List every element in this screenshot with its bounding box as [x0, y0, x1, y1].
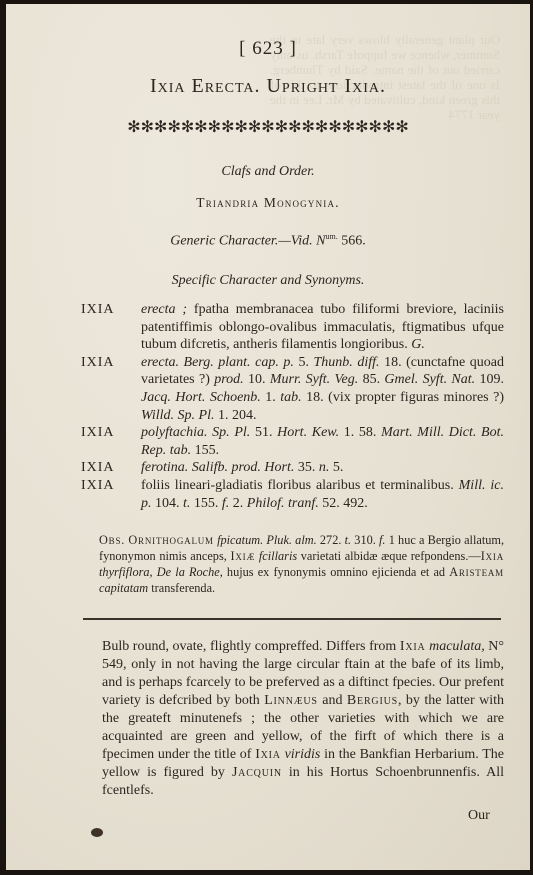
obs-italic: thyrfiflora,	[99, 565, 153, 579]
specific-character-heading: Specific Character and Synonyms.	[6, 273, 530, 289]
obs-text: transferenda.	[148, 581, 215, 595]
synonym-italic: Hort. Kew.	[277, 425, 339, 440]
description-paragraph: Bulb round, ovate, flightly compreffed. …	[102, 638, 504, 800]
synonym-genus: IXIA	[81, 459, 141, 477]
synonym-text: 155.	[191, 443, 219, 458]
desc-name: Bergius	[347, 693, 398, 708]
synonym-text: 35.	[294, 460, 319, 475]
synonym-text: 52. 492.	[319, 496, 368, 511]
synonym-text: 1.	[261, 390, 281, 405]
observation-note: Obs. Ornithogalum fpicatum. Pluk. alm. 2…	[99, 532, 504, 596]
ink-spot	[91, 828, 103, 837]
desc-italic: maculata,	[429, 639, 485, 654]
obs-italic: Pluk. alm.	[266, 533, 316, 547]
synonym-genus: IXIA	[81, 477, 141, 512]
desc-name: Linnæus	[264, 693, 318, 708]
synonym-entry: IXIA erecta ; fpatha membranacea tubo fi…	[81, 301, 504, 354]
obs-genus: Ornithogalum	[128, 533, 213, 547]
synonym-italic: erecta. Berg. plant. cap. p.	[141, 355, 294, 370]
synonym-entry: IXIA polyftachia. Sp. Pl. 51. Hort. Kew.…	[81, 424, 504, 459]
synonym-text: 2.	[229, 496, 247, 511]
page-number: [ 623 ]	[6, 38, 530, 60]
page-title: Ixia Erecta. Upright Ixia.	[6, 75, 530, 98]
synonym-text: fpatha membranacea tubo filiformi brevio…	[141, 302, 504, 352]
synonym-entry: IXIA foliis lineari-gladiatis floribus a…	[81, 477, 504, 512]
synonym-text: foliis lineari-gladiatis floribus alarib…	[141, 478, 459, 493]
synonym-text: 155.	[190, 496, 222, 511]
desc-name: Jacquin	[232, 765, 282, 780]
obs-italic: fcillaris	[259, 549, 297, 563]
synonym-italic: polyftachia. Sp. Pl.	[141, 425, 250, 440]
obs-genus: Aristeam	[449, 565, 504, 579]
star-ornament-divider: ✻✻✻✻✻✻✻✻✻✻✻✻✻✻✻✻✻✻✻✻✻	[6, 117, 530, 137]
synonym-entry: IXIA ferotina. Salifb. prod. Hort. 35. n…	[81, 459, 504, 477]
desc-italic: viridis	[285, 747, 321, 762]
synonym-genus: IXIA	[81, 301, 141, 354]
catchword: Our	[468, 808, 490, 824]
synonym-genus: IXIA	[81, 424, 141, 459]
synonym-text: 10.	[244, 372, 270, 387]
generic-character-line: Generic Character.—Vid. Num. 566.	[6, 232, 530, 250]
synonym-text: 18. (vix propter figuras minores ?)	[302, 390, 504, 405]
synonym-italic: Murr. Syft. Veg.	[270, 372, 358, 387]
synonym-italic: erecta ;	[141, 302, 187, 317]
obs-text: 272.	[317, 533, 345, 547]
synonym-italic: Philof. tranf.	[247, 496, 319, 511]
synonym-text: 5.	[294, 355, 314, 370]
synonym-italic: Jacq. Hort. Schoenb.	[141, 390, 261, 405]
obs-text: hujus ex fynonymis omnino ejicienda et a…	[223, 565, 449, 579]
synonym-entry: IXIA erecta. Berg. plant. cap. p. 5. Thu…	[81, 354, 504, 424]
synonym-text: 5.	[329, 460, 343, 475]
book-page: Our plant generally blows very late in t…	[6, 4, 530, 870]
obs-text: 310.	[351, 533, 379, 547]
desc-genus: Ixia	[400, 639, 426, 654]
synonym-genus: IXIA	[81, 354, 141, 424]
class-order-heading: Clafs and Order.	[6, 164, 530, 180]
obs-label: Obs.	[99, 533, 125, 547]
synonym-list: IXIA erecta ; fpatha membranacea tubo fi…	[81, 301, 504, 512]
desc-genus: Ixia	[255, 747, 281, 762]
synonym-text: 1. 58.	[339, 425, 381, 440]
obs-text: varietati albidæ æque refpondens.—	[297, 549, 481, 563]
generic-number: 566.	[338, 234, 366, 249]
obs-genus: Ixiæ	[230, 549, 255, 563]
synonym-text: 109.	[475, 372, 504, 387]
horizontal-rule	[83, 618, 501, 620]
synonym-text: 104.	[152, 496, 184, 511]
synonym-text: 1. 204.	[215, 408, 257, 423]
synonym-text: 85.	[358, 372, 384, 387]
synonym-italic: prod.	[214, 372, 243, 387]
synonym-italic: tab.	[280, 390, 301, 405]
generic-sup: um.	[326, 232, 338, 241]
desc-text: Bulb round, ovate, flightly compreffed. …	[102, 639, 400, 654]
synonym-italic: n.	[319, 460, 330, 475]
obs-genus: Ixia	[481, 549, 504, 563]
synonym-author: G.	[411, 337, 425, 352]
synonym-italic: Willd. Sp. Pl.	[141, 408, 215, 423]
synonym-italic: ferotina. Salifb. prod. Hort.	[141, 460, 294, 475]
obs-italic: De la Roche,	[157, 565, 223, 579]
generic-label: Generic Character.—Vid. N	[170, 234, 325, 249]
obs-italic: fpicatum.	[217, 533, 263, 547]
synonym-italic: Thunb. diff.	[314, 355, 380, 370]
class-order-value: Triandria Monogynia.	[6, 195, 530, 211]
synonym-italic: Gmel. Syft. Nat.	[384, 372, 475, 387]
desc-text: and	[318, 693, 347, 708]
obs-italic: capitatam	[99, 581, 148, 595]
synonym-text: 51.	[250, 425, 277, 440]
